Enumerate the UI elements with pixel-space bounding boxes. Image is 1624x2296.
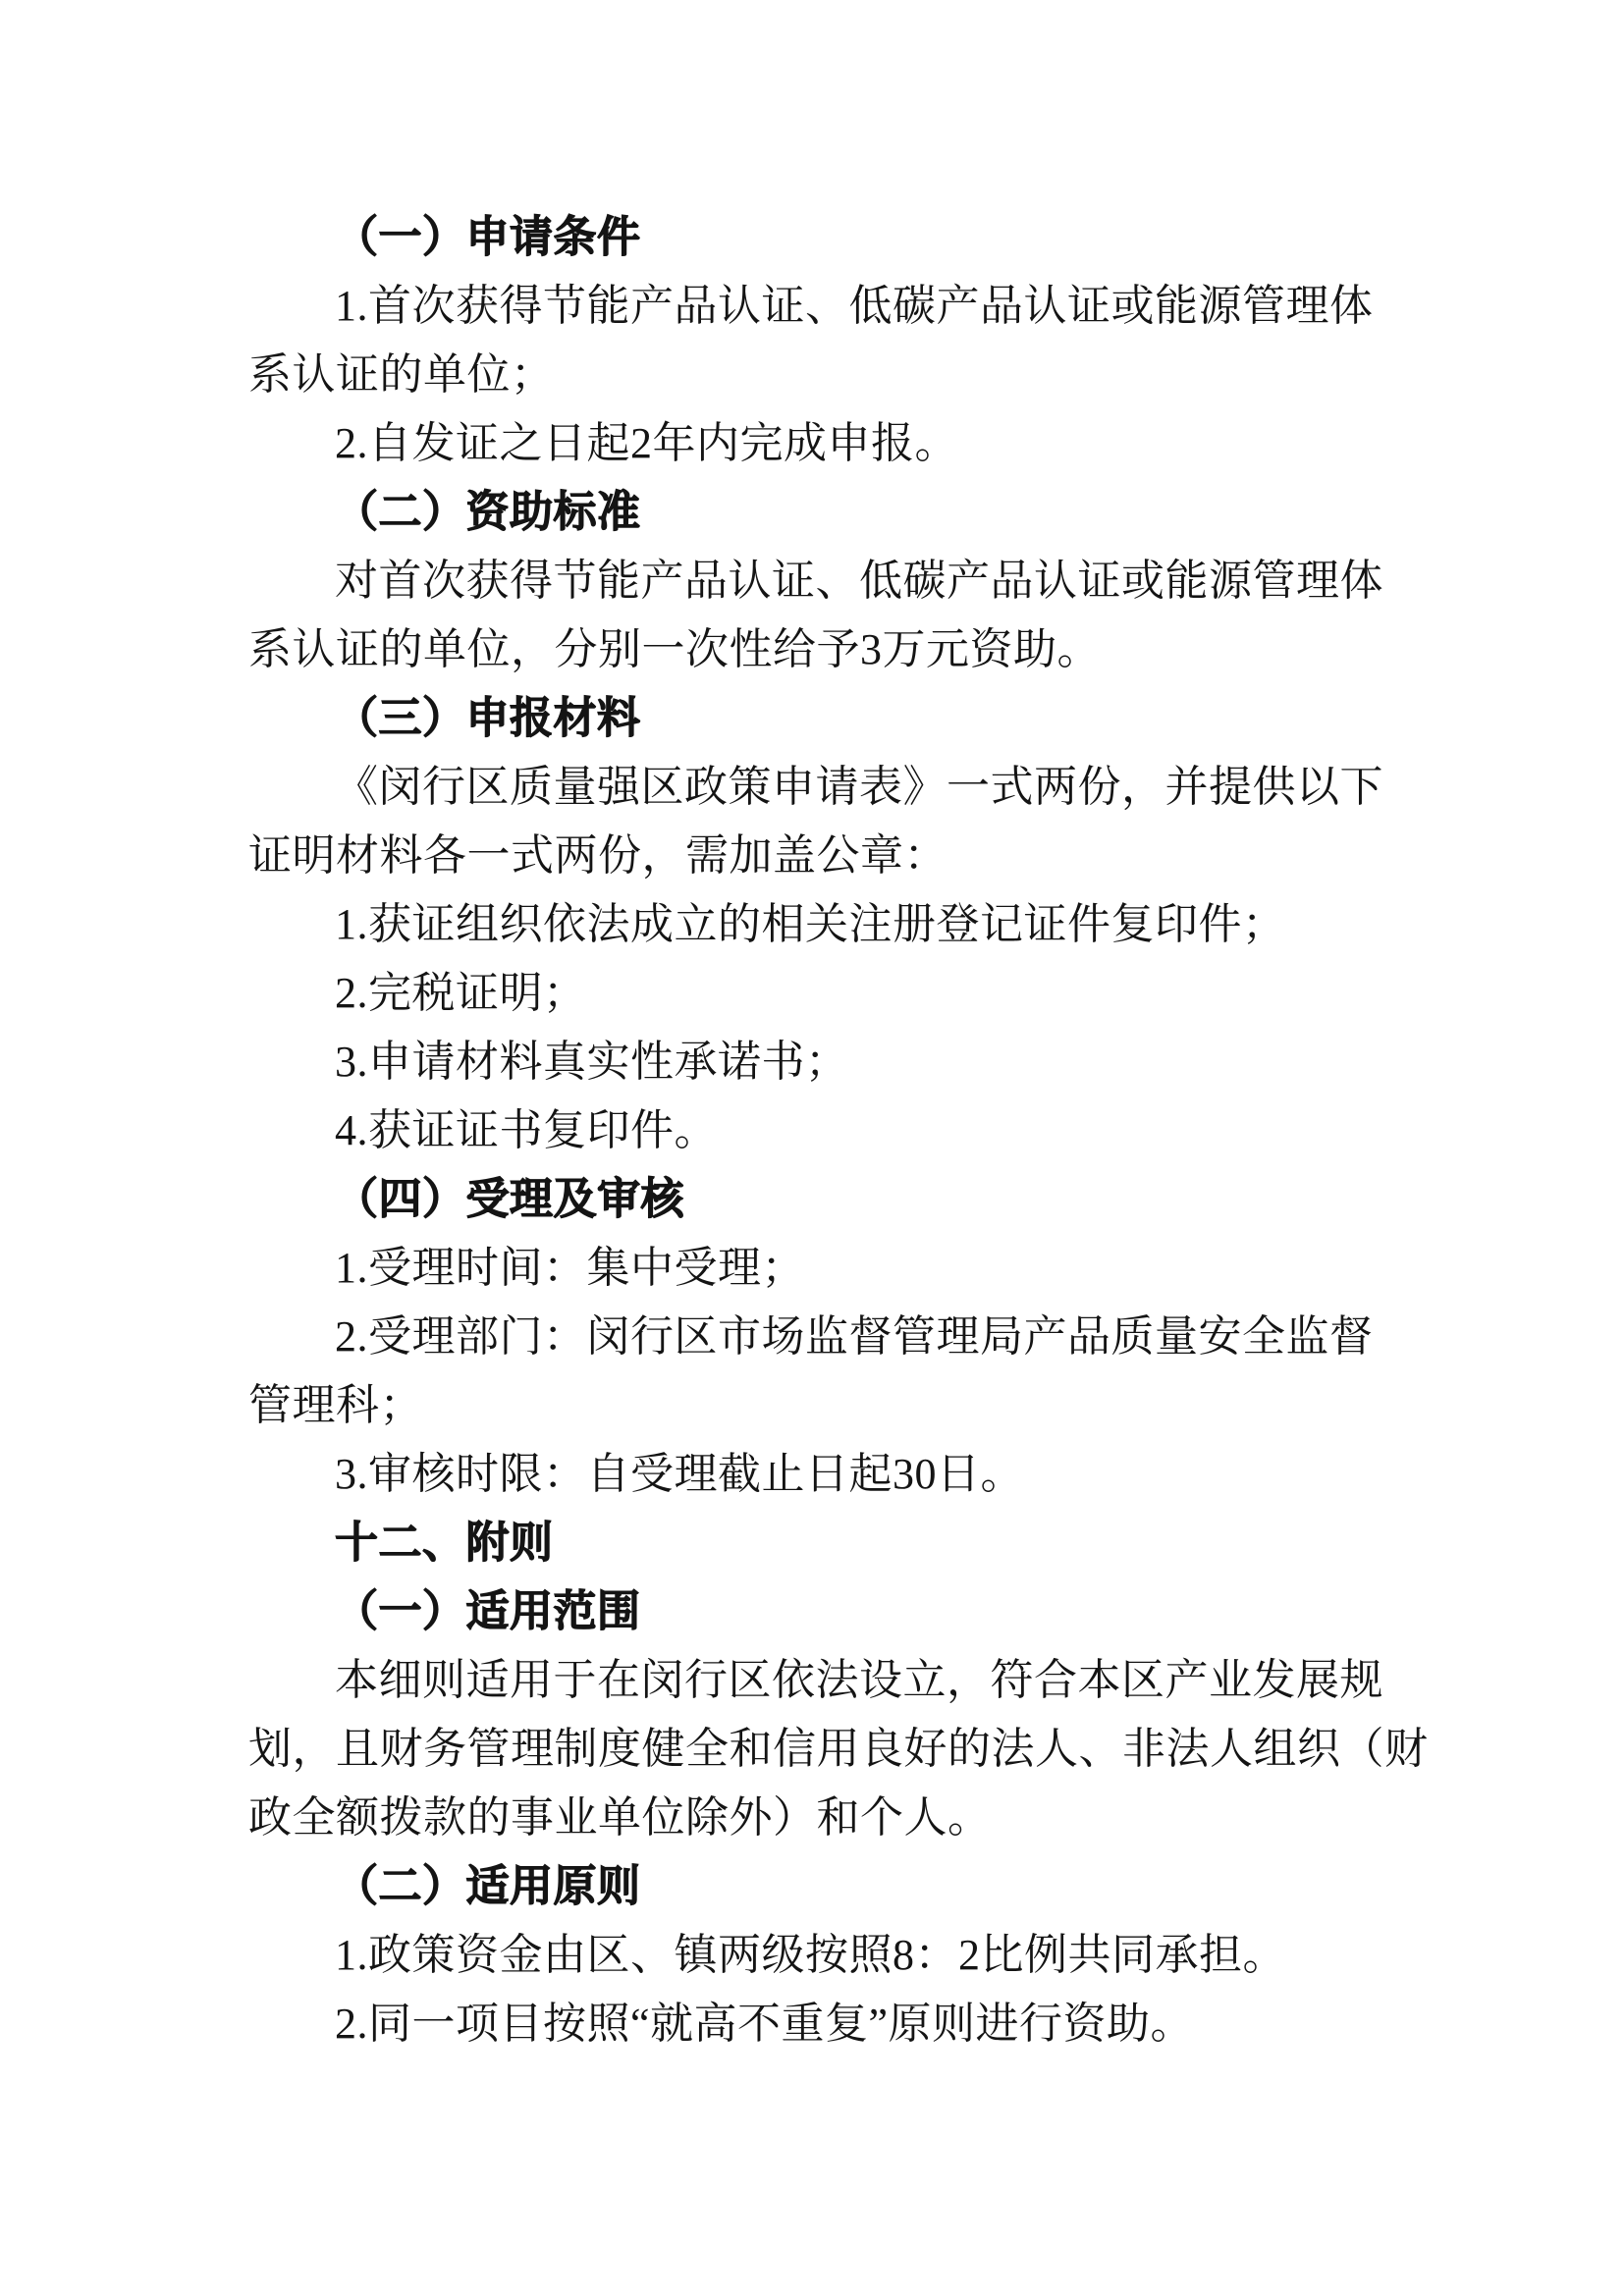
body-line: 划，且财务管理制度健全和信用良好的法人、非法人组织（财 (248, 1715, 1407, 1784)
body-line: 1.获证组织依法成立的相关注册登记证件复印件； (248, 890, 1407, 959)
body-line: 3.申请材料真实性承诺书； (248, 1028, 1407, 1096)
heading-acceptance-review: （四）受理及审核 (248, 1165, 1407, 1234)
document-text-block: （一）申请条件 1.首次获得节能产品认证、低碳产品认证或能源管理体 系认证的单位… (248, 203, 1407, 2058)
heading-application-conditions: （一）申请条件 (248, 203, 1407, 272)
body-line: 政全额拨款的事业单位除外）和个人。 (248, 1784, 1407, 1852)
body-line: 1.首次获得节能产品认证、低碳产品认证或能源管理体 (248, 272, 1407, 341)
body-line: 2.同一项目按照“就高不重复”原则进行资助。 (248, 1990, 1407, 2058)
document-page: （一）申请条件 1.首次获得节能产品认证、低碳产品认证或能源管理体 系认证的单位… (0, 0, 1624, 2296)
heading-application-materials: （三）申报材料 (248, 684, 1407, 753)
body-line: 本细则适用于在闵行区依法设立，符合本区产业发展规 (248, 1646, 1407, 1715)
heading-funding-standard: （二）资助标准 (248, 478, 1407, 547)
heading-scope-of-application: （一）适用范围 (248, 1577, 1407, 1646)
heading-application-principles: （二）适用原则 (248, 1852, 1407, 1921)
body-line: 1.政策资金由区、镇两级按照8：2比例共同承担。 (248, 1921, 1407, 1990)
body-line: 证明材料各一式两份，需加盖公章： (248, 822, 1407, 890)
body-line: 4.获证证书复印件。 (248, 1096, 1407, 1165)
body-line: 1.受理时间：集中受理； (248, 1234, 1407, 1303)
heading-supplementary-provisions: 十二、附则 (248, 1509, 1407, 1577)
body-line: 管理科； (248, 1371, 1407, 1440)
body-line: 对首次获得节能产品认证、低碳产品认证或能源管理体 (248, 547, 1407, 615)
body-line: 2.完税证明； (248, 959, 1407, 1028)
body-line: 系认证的单位，分别一次性给予3万元资助。 (248, 615, 1407, 684)
body-line: 2.受理部门：闵行区市场监督管理局产品质量安全监督 (248, 1303, 1407, 1371)
body-line: 3.审核时限：自受理截止日起30日。 (248, 1440, 1407, 1509)
body-line: 系认证的单位； (248, 341, 1407, 409)
body-line: 《闵行区质量强区政策申请表》一式两份，并提供以下 (248, 753, 1407, 822)
body-line: 2.自发证之日起2年内完成申报。 (248, 409, 1407, 478)
